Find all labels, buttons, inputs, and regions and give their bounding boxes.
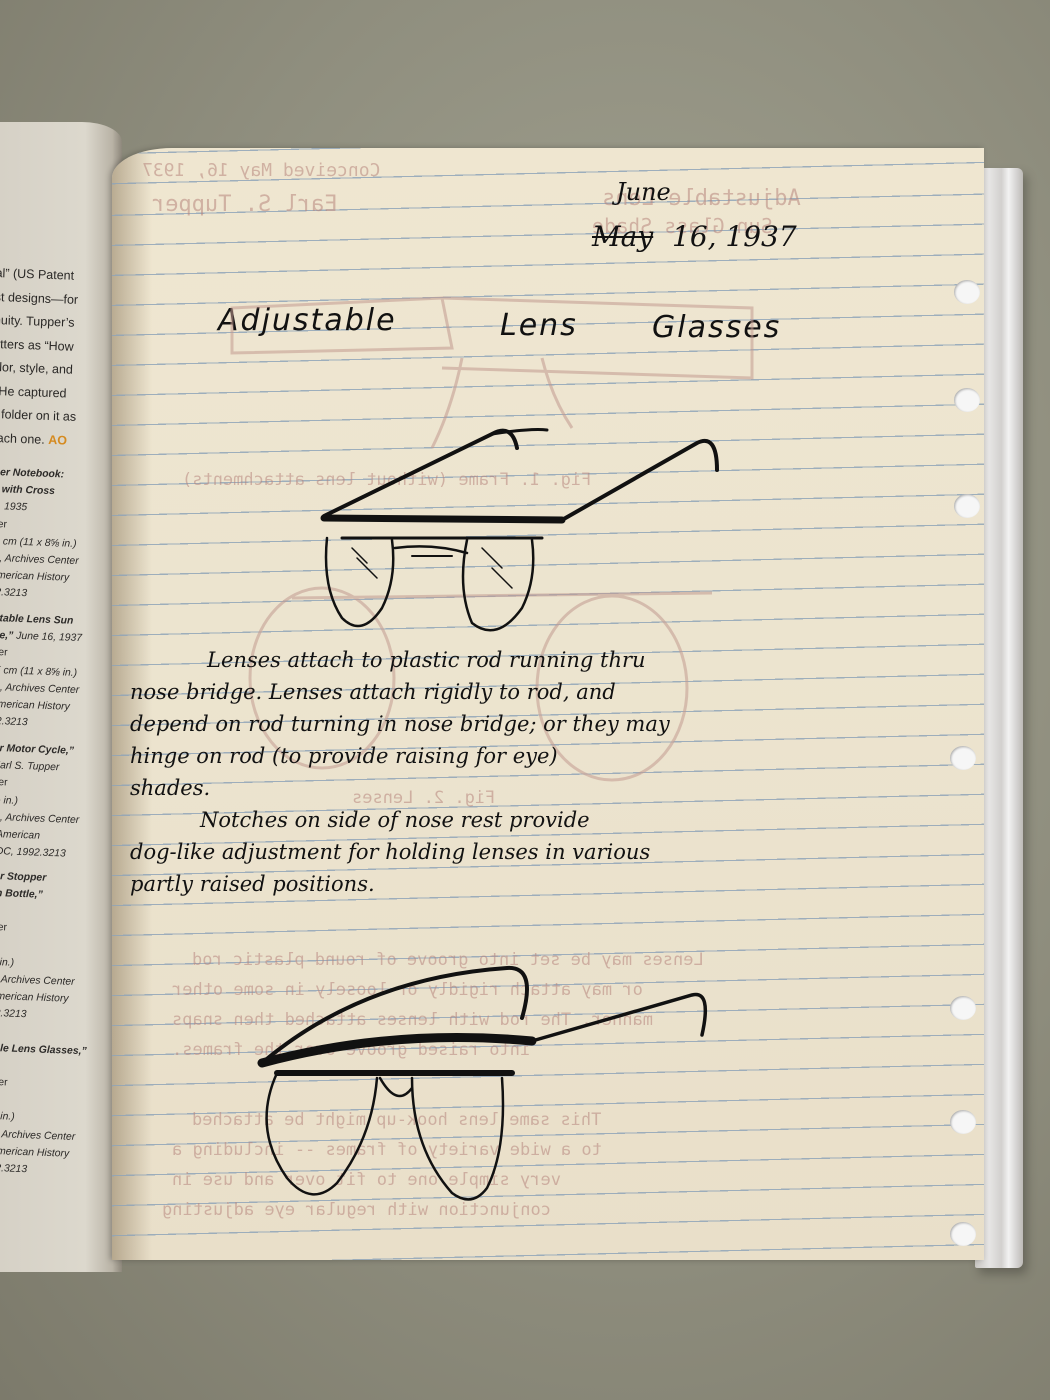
handwritten-line: partly raised positions. [130, 872, 375, 896]
handwritten-line: dog-like adjustment for holding lenses i… [130, 840, 650, 864]
intro-line: nuity. Tupper’s [0, 309, 112, 337]
handwritten-line: Lenses attach to plastic rod running thr… [207, 648, 646, 672]
caption-adjustable-lens-glasses: ble Lens Glasses,” per ⁱ₆ in.) s, Archiv… [0, 1040, 119, 1181]
intro-paragraph: al” (US Patent st designs—for nuity. Tup… [0, 262, 114, 454]
author-initials: AO [48, 432, 67, 447]
intro-line: a folder on it as [0, 403, 109, 431]
caption-date: June 16, 1937 [16, 631, 82, 644]
caption-notebook: per Notebook: s with Cross 4, 1935 per .… [0, 464, 119, 606]
handwritten-line: Notches on side of nose rest provide [200, 808, 590, 832]
caption-stopper-bottle: or Stopper m Bottle,” per ⁱ₆ in.) s, Arc… [0, 868, 119, 1027]
handwritten-line: nose bridge. Lenses attach rigidly to ro… [130, 680, 616, 704]
handwritten-line: hinge on rod (to provide raising for eye… [130, 744, 558, 768]
notebook-page: Conceived May 16, 1937 Earl S. Tupper Ad… [112, 148, 984, 1260]
caption-motor-cycle: er Motor Cycle,” Earl S. Tupper per ½ in… [0, 740, 119, 865]
handwritten-line: depend on rod turning in nose bridge; or… [130, 712, 670, 736]
intro-line: al” (US Patent [0, 262, 114, 290]
handwritten-line: shades. [130, 776, 210, 800]
intro-line: olor, style, and [0, 356, 111, 384]
caption-title: de,” [0, 630, 14, 642]
intro-line-text: each one. [0, 430, 45, 446]
glasses-sketches [112, 148, 984, 1260]
caption-adjustable-lens-sun-shade: stable Lens Sun de,” June 16, 1937 per .… [0, 610, 119, 735]
intro-line-last: each one. AO [0, 426, 108, 454]
